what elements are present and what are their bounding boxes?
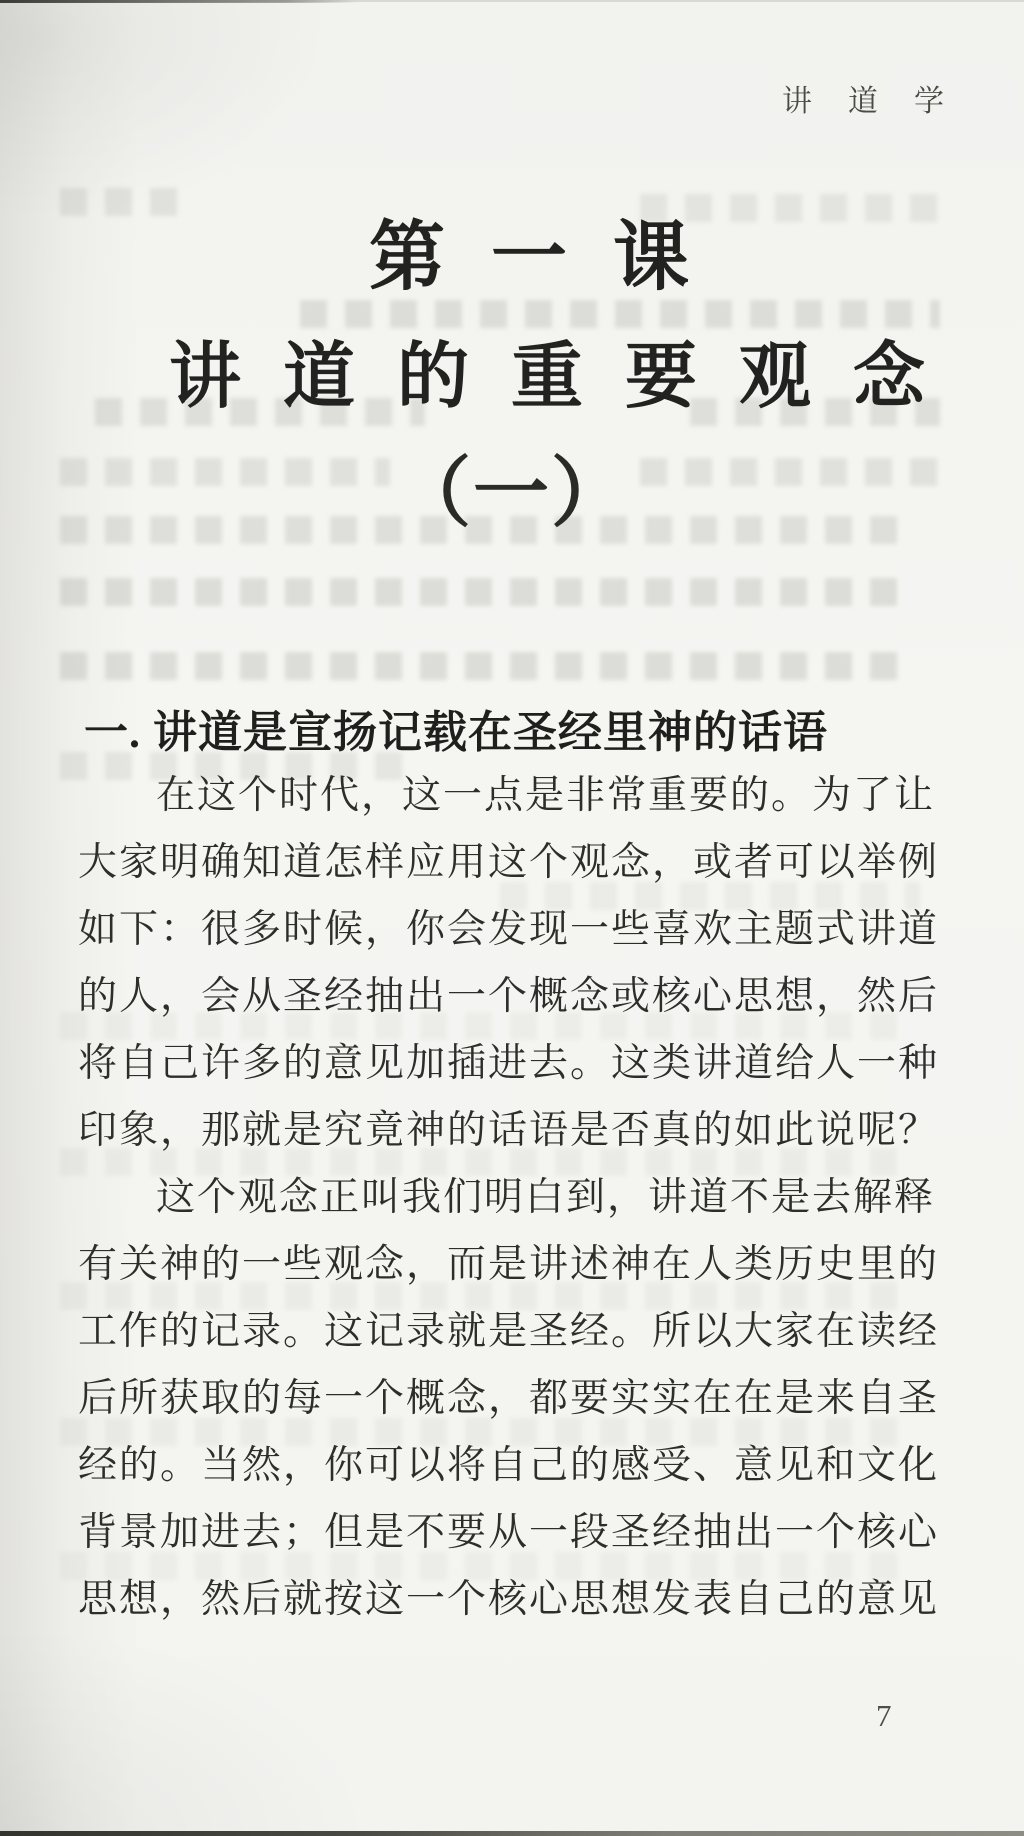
bleed-through-smudge <box>60 652 910 680</box>
section-heading: 一. 讲道是宣扬记载在圣经里神的话语 <box>84 696 828 760</box>
text-line: 思想，然后就按这一个核心思想发表自己的意见 <box>78 1566 906 1633</box>
text-line: 这个观念正叫我们明白到，讲道不是去解释 <box>78 1164 906 1231</box>
text-line: 的人，会从圣经抽出一个概念或核心思想，然后 <box>78 963 906 1030</box>
bleed-through-smudge <box>60 578 910 606</box>
text-line: 经的。当然，你可以将自己的感受、意见和文化 <box>78 1432 906 1499</box>
text-line: 背景加进去；但是不要从一段圣经抽出一个核心 <box>78 1499 906 1566</box>
top-edge-faint-line <box>0 0 1024 2</box>
text-line: 大家明确知道怎样应用这个观念，或者可以举例 <box>78 829 906 896</box>
scanned-book-page: 讲道学 第一课 讲道的重要观念 （一） 一. 讲道是宣扬记载在圣经里神的话语 在… <box>0 0 1024 1836</box>
body-text: 在这个时代，这一点是非常重要的。为了让 大家明确知道怎样应用这个观念，或者可以举… <box>78 762 906 1633</box>
running-header: 讲道学 <box>782 76 980 120</box>
text-line: 有关神的一些观念，而是讲述神在人类历史里的 <box>78 1231 906 1298</box>
text-line: 后所获取的每一个概念，都要实实在在是来自圣 <box>78 1365 906 1432</box>
bottom-edge-scan-line <box>0 1831 1024 1836</box>
page-number: 7 <box>876 1698 892 1734</box>
text-line: 印象，那就是究竟神的话语是否真的如此说呢？ <box>78 1097 906 1164</box>
part-number-title: （一） <box>0 432 1024 541</box>
text-line: 将自己许多的意见加插进去。这类讲道给人一种 <box>78 1030 906 1097</box>
lesson-number-title: 第一课 <box>0 196 1024 305</box>
text-line: 在这个时代，这一点是非常重要的。为了让 <box>78 762 906 829</box>
chapter-title: 讲道的重要观念 <box>0 318 1024 422</box>
text-line: 工作的记录。这记录就是圣经。所以大家在读经 <box>78 1298 906 1365</box>
text-line: 如下：很多时候，你会发现一些喜欢主题式讲道 <box>78 896 906 963</box>
